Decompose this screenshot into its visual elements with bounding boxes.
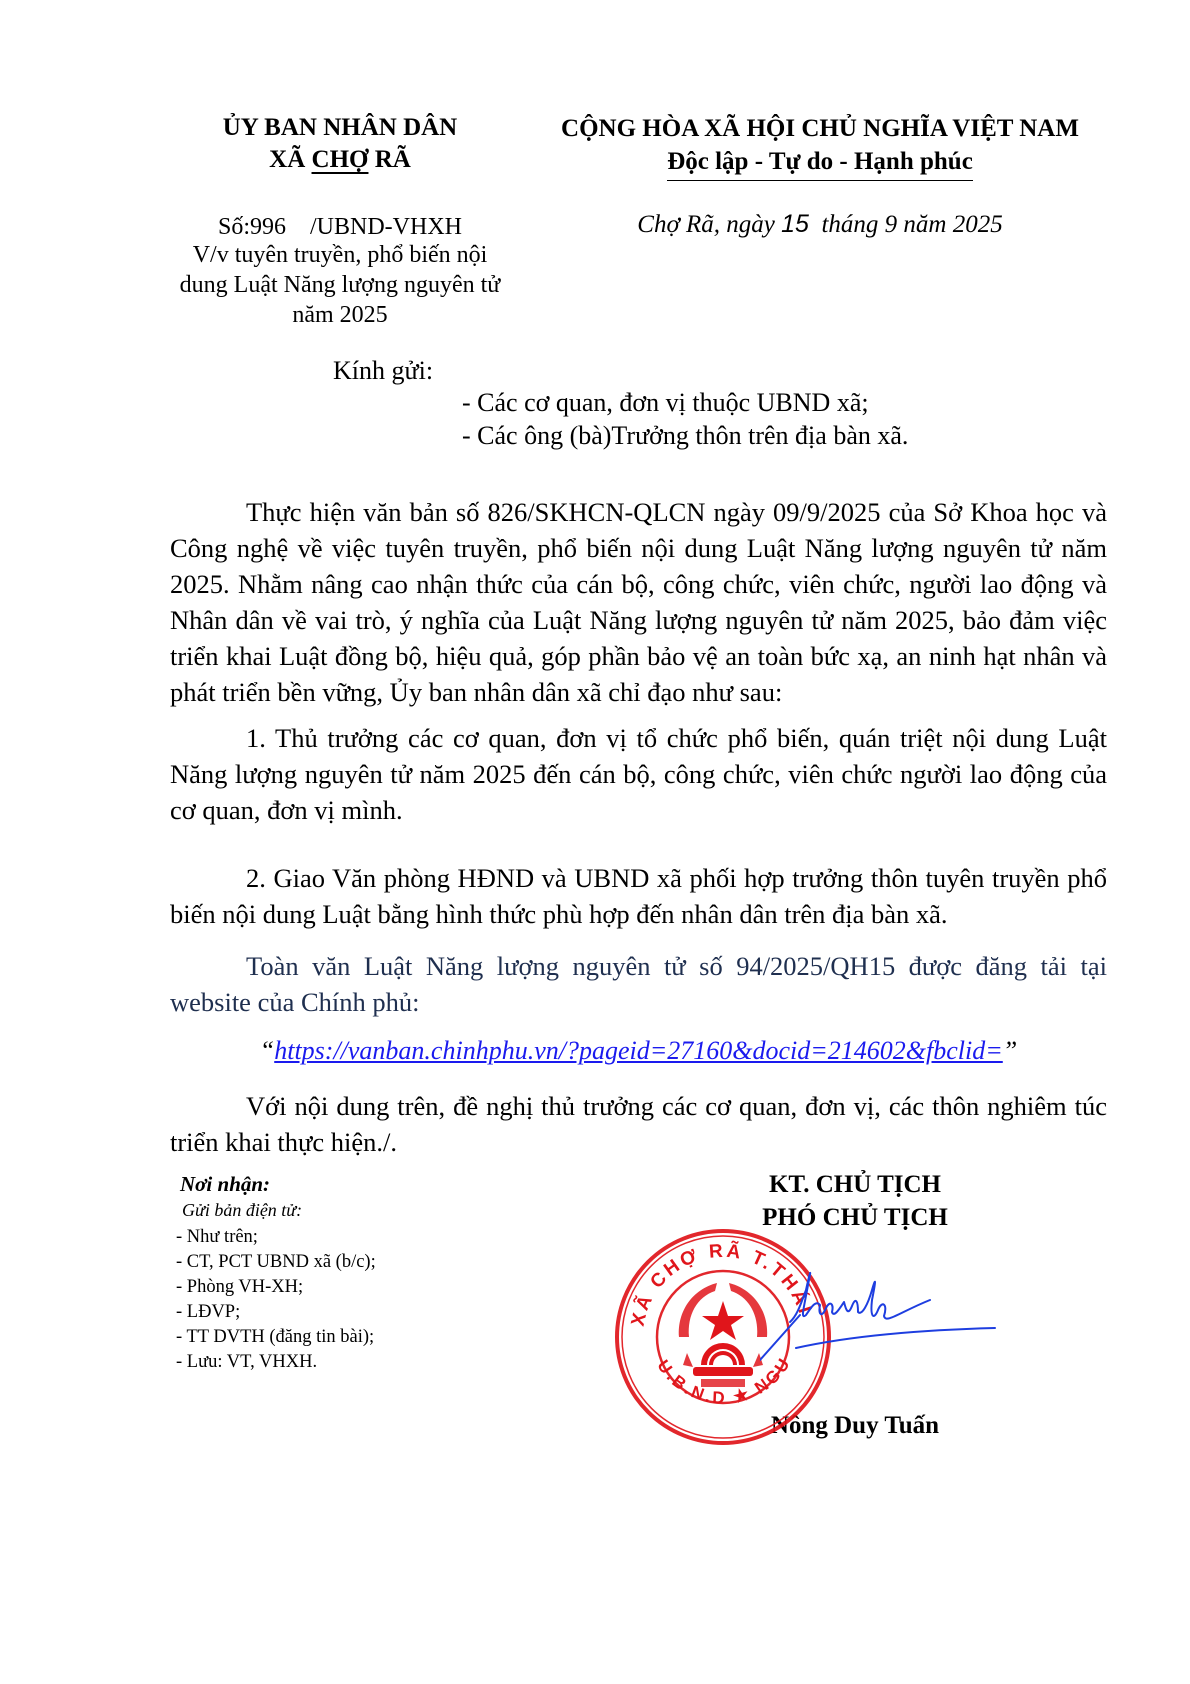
recipients-title: Nơi nhận: <box>180 1172 270 1197</box>
intro-paragraph: Thực hiện văn bản số 826/SKHCN-QLCN ngày… <box>170 494 1107 710</box>
handwritten-signature-icon <box>760 1260 1020 1370</box>
document-subject: V/v tuyên truyền, phổ biến nội dung Luật… <box>150 240 530 330</box>
recipients-list: - Như trên; - CT, PCT UBND xã (b/c); - P… <box>176 1225 376 1375</box>
law-url-link[interactable]: https://vanban.chinhphu.vn/?pageid=27160… <box>274 1036 1003 1065</box>
addressee-item: - Các ông (bà)Trưởng thôn trên địa bàn x… <box>462 421 908 451</box>
recipient-item: - Như trên; <box>176 1225 376 1250</box>
subject-line: dung Luật Năng lượng nguyên tử <box>150 270 530 300</box>
open-quote: “ <box>260 1036 274 1065</box>
document-number: Số:996 /UBND-VHXH <box>150 212 530 242</box>
subject-line: V/v tuyên truyền, phổ biến nội <box>150 240 530 270</box>
subject-line: năm 2025 <box>150 300 530 330</box>
recipient-item: - Lưu: VT, VHXH. <box>176 1350 376 1375</box>
date-suffix: tháng 9 năm 2025 <box>809 211 1003 238</box>
recipient-item: - TT DVTH (đăng tin bài); <box>176 1325 376 1350</box>
fulltext-paragraph: Toàn văn Luật Năng lượng nguyên tử số 94… <box>170 948 1107 1020</box>
agency-name: CHỢ <box>312 146 369 173</box>
directive-item-2: 2. Giao Văn phòng HĐND và UBND xã phối h… <box>170 860 1107 932</box>
recipient-item: - LĐVP; <box>176 1300 376 1325</box>
signer-on-behalf: KT. CHỦ TỊCH <box>710 1168 1000 1201</box>
agency-line1: ỦY BAN NHÂN DÂN <box>170 112 510 144</box>
agency-prefix: XÃ <box>269 146 311 173</box>
date-day: 15 <box>781 210 809 238</box>
issuing-agency: ỦY BAN NHÂN DÂN XÃ CHỢ RÃ <box>170 112 510 176</box>
place-date: Chợ Rã, ngày 15 tháng 9 năm 2025 <box>530 210 1110 239</box>
signer-title: KT. CHỦ TỊCH PHÓ CHỦ TỊCH <box>710 1168 1000 1234</box>
addressee-label: Kính gửi: <box>333 356 433 386</box>
directive-item-1: 1. Thủ trưởng các cơ quan, đơn vị tổ chứ… <box>170 720 1107 828</box>
agency-suffix: RÃ <box>368 146 410 173</box>
recipient-item: - CT, PCT UBND xã (b/c); <box>176 1250 376 1275</box>
law-link-line: “https://vanban.chinhphu.vn/?pageid=2716… <box>170 1036 1107 1066</box>
national-heading: CỘNG HÒA XÃ HỘI CHỦ NGHĨA VIỆT NAM Độc l… <box>530 112 1110 181</box>
national-motto: Độc lập - Tự do - Hạnh phúc <box>667 145 973 181</box>
close-quote: ” <box>1003 1036 1017 1065</box>
nation-name: CỘNG HÒA XÃ HỘI CHỦ NGHĨA VIỆT NAM <box>530 112 1110 145</box>
addressee-item: - Các cơ quan, đơn vị thuộc UBND xã; <box>462 388 869 418</box>
recipient-item: - Phòng VH-XH; <box>176 1275 376 1300</box>
date-prefix: Chợ Rã, ngày <box>637 211 781 238</box>
recipients-subtitle: Gửi bản điện tử: <box>182 1200 302 1221</box>
closing-paragraph: Với nội dung trên, đề nghị thủ trưởng cá… <box>170 1088 1107 1160</box>
agency-line2: XÃ CHỢ RÃ <box>170 144 510 176</box>
